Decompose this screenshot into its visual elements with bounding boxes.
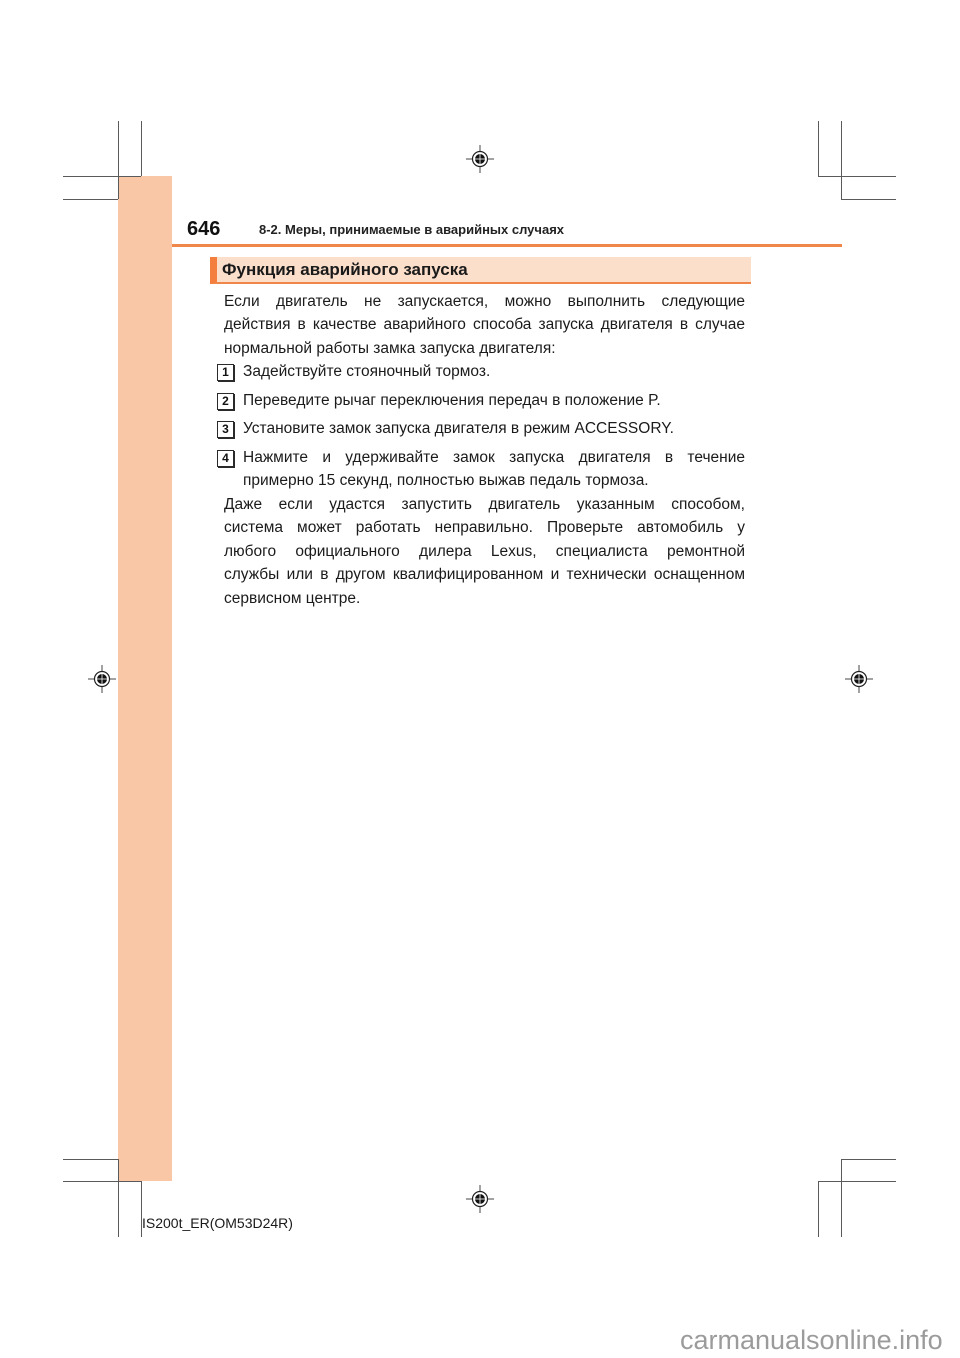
text-line: Даже если удастся запустить двигатель ук… bbox=[224, 493, 745, 516]
text-line: Задействуйте стояночный тормоз. bbox=[243, 360, 745, 383]
crop-mark bbox=[841, 1159, 842, 1237]
chapter-side-band bbox=[118, 176, 172, 1181]
step-item: 2 Переведите рычаг переключения передач … bbox=[217, 389, 745, 412]
crop-mark bbox=[818, 176, 896, 177]
crop-mark bbox=[63, 176, 141, 177]
crop-mark bbox=[841, 1159, 896, 1160]
header-divider bbox=[172, 244, 842, 247]
text-line: Установите замок запуска двигателя в реж… bbox=[243, 417, 745, 440]
text-line: службы или в другом квалифицированном и … bbox=[224, 563, 745, 586]
step-item: 1 Задействуйте стояночный тормоз. bbox=[217, 360, 745, 383]
step-number-badge: 1 bbox=[217, 364, 234, 381]
step-text: Задействуйте стояночный тормоз. bbox=[243, 360, 745, 383]
note-paragraph: Даже если удастся запустить двигатель ук… bbox=[224, 493, 745, 610]
registration-mark-icon bbox=[465, 1184, 495, 1214]
crop-mark bbox=[63, 1159, 118, 1160]
text-line: Нажмите и удерживайте замок запуска двиг… bbox=[243, 446, 745, 469]
step-item: 4 Нажмите и удерживайте замок запуска дв… bbox=[217, 446, 745, 493]
document-code: IS200t_ER(OM53D24R) bbox=[142, 1216, 293, 1230]
text-line: действия в качестве аварийного способа з… bbox=[224, 313, 745, 336]
watermark: carmanualsonline.info bbox=[680, 1327, 943, 1354]
crop-mark bbox=[841, 121, 842, 199]
crop-mark bbox=[818, 121, 819, 176]
crop-mark bbox=[818, 1181, 896, 1182]
crop-mark bbox=[118, 121, 119, 199]
crop-mark bbox=[118, 1159, 119, 1237]
text-line: любого официального дилера Lexus, специа… bbox=[224, 540, 745, 563]
step-text: Установите замок запуска двигателя в реж… bbox=[243, 417, 745, 440]
step-text: Переведите рычаг переключения передач в … bbox=[243, 389, 745, 412]
section-title: Функция аварийного запуска bbox=[222, 257, 468, 282]
step-number-badge: 4 bbox=[217, 450, 234, 467]
text-line: примерно 15 секунд, полностью выжав педа… bbox=[243, 469, 745, 492]
section-heading-bar: Функция аварийного запуска bbox=[210, 257, 751, 284]
crop-mark bbox=[63, 1181, 141, 1182]
text-line: система может работать неправильно. Пров… bbox=[224, 516, 745, 539]
text-line: сервисном центре. bbox=[224, 587, 745, 610]
chapter-title: 8-2. Меры, принимаемые в аварийных случа… bbox=[259, 223, 564, 236]
crop-mark bbox=[818, 1181, 819, 1237]
step-number-badge: 3 bbox=[217, 421, 234, 438]
crop-mark bbox=[63, 199, 118, 200]
intro-paragraph: Если двигатель не запускается, можно вып… bbox=[224, 290, 745, 360]
step-number-badge: 2 bbox=[217, 393, 234, 410]
text-line: нормальной работы замка запуска двигател… bbox=[224, 337, 745, 360]
step-item: 3 Установите замок запуска двигателя в р… bbox=[217, 417, 745, 440]
registration-mark-icon bbox=[87, 664, 117, 694]
crop-mark bbox=[141, 121, 142, 176]
page-number: 646 bbox=[187, 219, 220, 239]
crop-mark bbox=[841, 199, 896, 200]
registration-mark-icon bbox=[465, 144, 495, 174]
registration-mark-icon bbox=[844, 664, 874, 694]
text-line: Если двигатель не запускается, можно вып… bbox=[224, 290, 745, 313]
step-text: Нажмите и удерживайте замок запуска двиг… bbox=[243, 446, 745, 493]
text-line: Переведите рычаг переключения передач в … bbox=[243, 389, 745, 412]
